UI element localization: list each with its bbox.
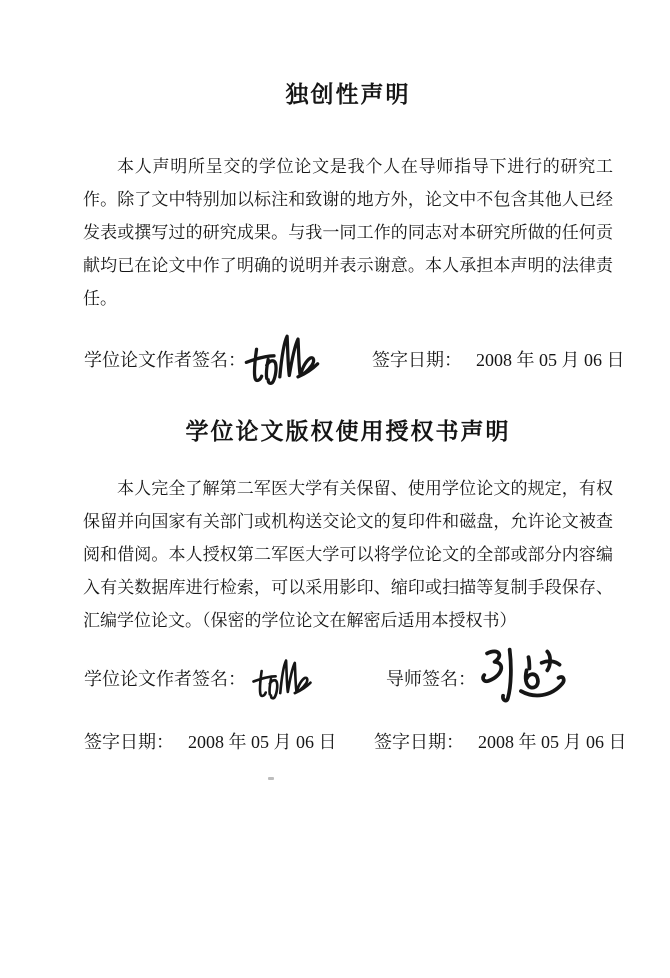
date-label: 签字日期： [84, 732, 174, 752]
date-group: 签字日期：2008 年 05 月 06 日 [374, 731, 627, 753]
date-label: 签字日期： [374, 732, 464, 752]
author-signature-label: 学位论文作者签名： [84, 349, 246, 371]
author-signature [250, 644, 314, 712]
paragraph-line: 保留并向国家有关部门或机构送交论文的复印件和磁盘，允许论文被查 [83, 505, 613, 538]
paragraph-line: 本人完全了解第二军医大学有关保留、使用学位论文的规定，有权 [83, 472, 613, 505]
declaration-paragraph: 本人声明所呈交的学位论文是我个人在导师指导下进行的研究工 作。除了文中特别加以标… [83, 150, 613, 315]
date-value: 2008 年 05 月 06 日 [476, 350, 625, 370]
paragraph-line: 发表或撰写过的研究成果。与我一同工作的同志对本研究所做的任何贡 [83, 216, 613, 249]
date-label: 签字日期： [372, 350, 462, 370]
paragraph-line: 任。 [83, 282, 613, 315]
scan-artifact-dot [268, 777, 274, 780]
paragraph-line: 本人声明所呈交的学位论文是我个人在导师指导下进行的研究工 [83, 150, 613, 183]
paragraph-line: 作。除了文中特别加以标注和致谢的地方外，论文中不包含其他人已经 [83, 183, 613, 216]
author-signature [242, 330, 322, 386]
paragraph-line: 入有关数据库进行检索，可以采用影印、缩印或扫描等复制手段保存、 [83, 571, 613, 604]
author-signature-label: 学位论文作者签名： [84, 668, 246, 690]
date-group: 签字日期：2008 年 05 月 06 日 [84, 731, 337, 753]
thesis-declaration-page: 独创性声明 本人声明所呈交的学位论文是我个人在导师指导下进行的研究工 作。除了文… [0, 0, 670, 978]
supervisor-signature [468, 644, 572, 708]
author-date-line: 签字日期：2008 年 05 月 06 日 [84, 731, 337, 753]
signature-date-line: 签字日期：2008 年 05 月 06 日 [372, 349, 625, 371]
paragraph-line: 献均已在论文中作了明确的说明并表示谢意。本人承担本声明的法律责 [83, 249, 613, 282]
date-value: 2008 年 05 月 06 日 [478, 732, 627, 752]
date-value: 2008 年 05 月 06 日 [188, 732, 337, 752]
declaration-title: 独创性声明 [83, 80, 613, 108]
date-group: 签字日期：2008 年 05 月 06 日 [372, 349, 625, 371]
supervisor-date-line: 签字日期：2008 年 05 月 06 日 [374, 731, 627, 753]
paragraph-line: 阅和借阅。本人授权第二军医大学可以将学位论文的全部或部分内容编 [83, 538, 613, 571]
supervisor-signature-label: 导师签名： [386, 668, 476, 690]
authorization-title: 学位论文版权使用授权书声明 [83, 417, 613, 445]
paragraph-line: 汇编学位论文。（保密的学位论文在解密后适用本授权书） [83, 604, 613, 637]
authorization-paragraph: 本人完全了解第二军医大学有关保留、使用学位论文的规定，有权 保留并向国家有关部门… [83, 472, 613, 637]
